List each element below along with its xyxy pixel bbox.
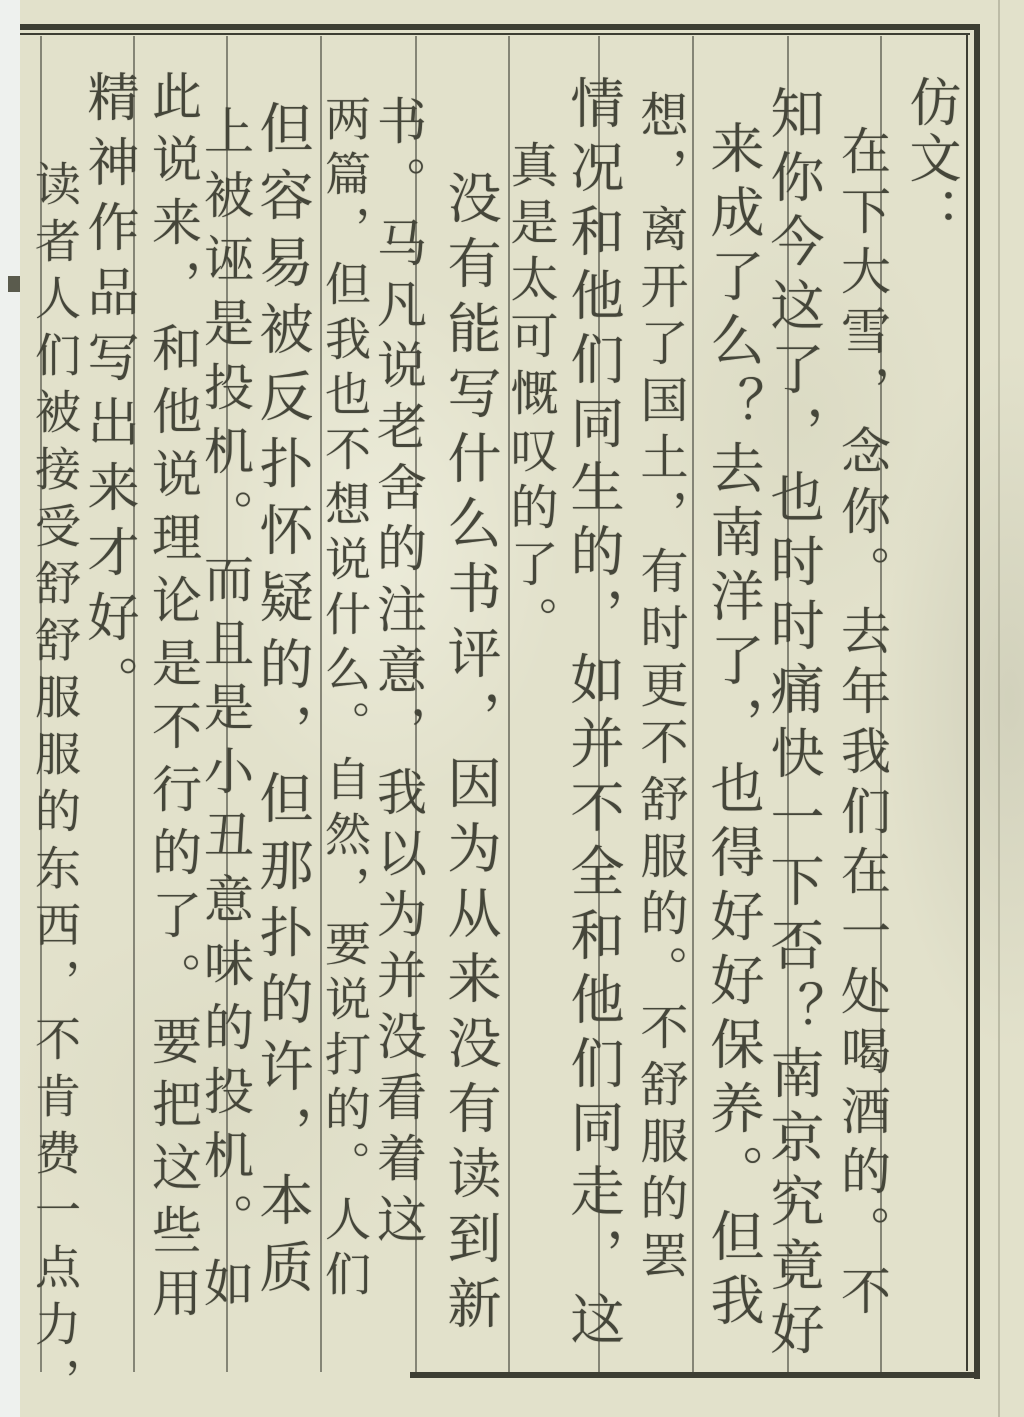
- salutation: 仿文：: [904, 75, 956, 243]
- text-column: 来成了么？去南洋了，也得好好保养。但我: [706, 120, 760, 1336]
- paper-edge-mark: [8, 276, 20, 292]
- text-column: 此说来，和他说理论是不行的了。要把这些用: [148, 70, 198, 1330]
- text-column: 书。马凡说老舍的注意，我以为并没看着这: [373, 95, 423, 1254]
- frame-border-right: [974, 24, 980, 1379]
- frame-border-top: [20, 24, 980, 30]
- paper-fold-line: [998, 0, 1000, 1417]
- text-column: 两篇，但我也不想说什么。自然，要说打的。人们: [322, 95, 368, 1305]
- frame-border-right-inner: [966, 33, 968, 1371]
- column-rule: [692, 36, 694, 1372]
- text-column: 想，离开了国土，有时更不舒服的。不舒服的罢: [636, 90, 684, 1287]
- text-column: 在下大雪，念你。去年我们在一处喝酒的。不: [837, 125, 887, 1325]
- text-column: 但容易被反扑怀疑的，但那扑的许，本质: [255, 100, 309, 1306]
- text-column: 读者人们被接受舒舒服服的东西，不肯费一点力，: [32, 160, 78, 1414]
- text-column: 没有能写什么书评，因为从来没有读到新: [443, 170, 497, 1340]
- frame-border-bottom: [410, 1372, 980, 1378]
- text-column: 真是太可慨叹的了。: [506, 140, 554, 653]
- text-column: 知你今这了，也时时痛快一下否？南京究竟好: [766, 85, 820, 1365]
- text-column: 情况和他们同生的，如并不全和他们同走，这: [566, 75, 620, 1355]
- text-column: 上被诬是投机。而且是小丑意味的投机。如: [200, 105, 250, 1321]
- frame-border-top-inner: [20, 33, 970, 35]
- text-column: 精神作品写出来才好。: [82, 70, 134, 720]
